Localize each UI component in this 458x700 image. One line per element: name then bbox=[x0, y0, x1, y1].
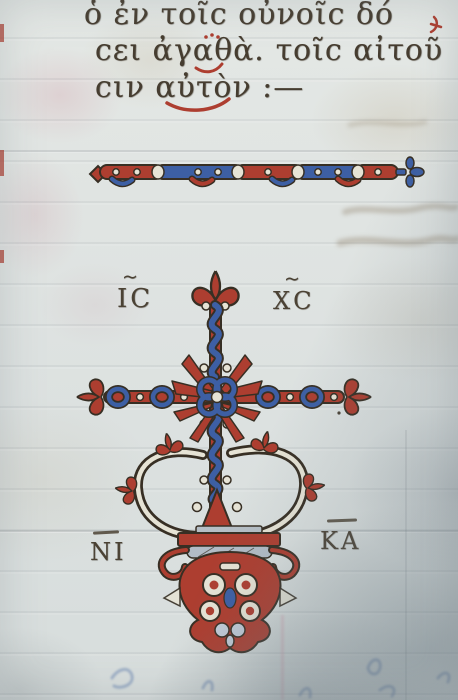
headpiece-band bbox=[88, 150, 428, 196]
crossbar-right-fleur bbox=[345, 379, 372, 414]
band-right-finial bbox=[396, 157, 424, 187]
bottom-ink-scribbles bbox=[0, 620, 458, 700]
crossbar-left-fleur bbox=[77, 379, 104, 414]
volute-fleur bbox=[302, 472, 327, 502]
illuminated-cross bbox=[80, 248, 380, 658]
volute-fleur bbox=[113, 475, 138, 505]
red-flourishes bbox=[0, 0, 458, 130]
manuscript-page: ὁ ἐν τοῖϲ οὐνοῖϲ δό ϲει ἀγαθὰ. τοῖϲ αἰτο… bbox=[0, 0, 458, 700]
